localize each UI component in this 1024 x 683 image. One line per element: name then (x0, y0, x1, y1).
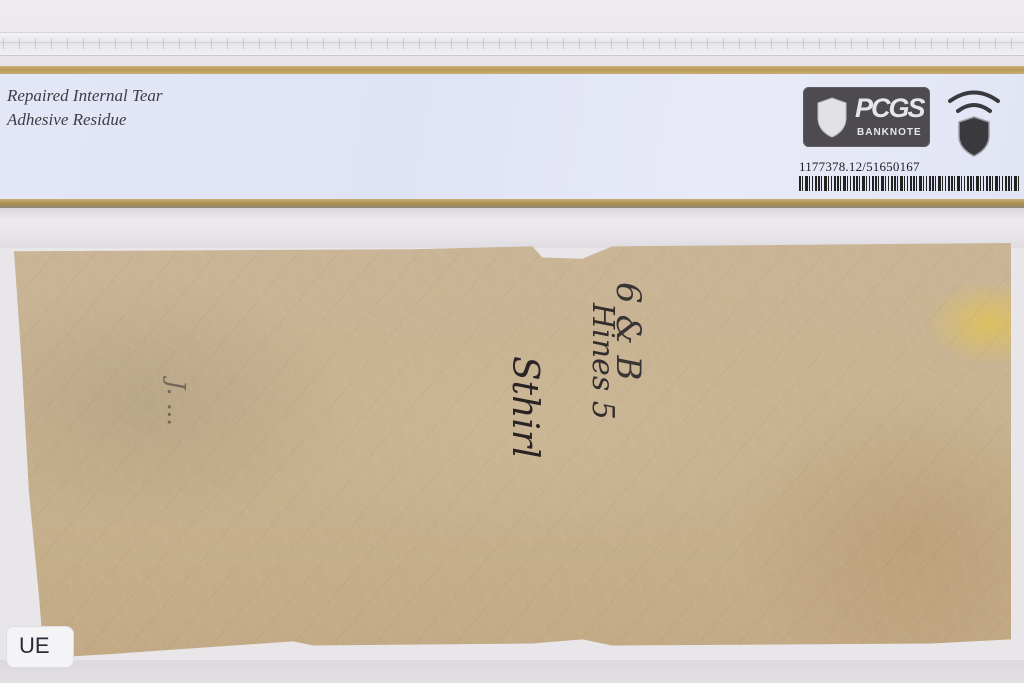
greek-key-border (0, 32, 1024, 56)
holder-bottom-frame (0, 660, 1024, 683)
pcgs-subtitle: BANKNOTE (857, 127, 922, 138)
inventory-sticker: UE (7, 627, 73, 667)
handwriting-hines: Hines 5 (585, 303, 620, 420)
note-repaired-tear: Repaired Internal Tear (7, 84, 163, 108)
nfc-shield-icon (945, 86, 1003, 158)
holder-inner-frame (0, 208, 1024, 248)
note-adhesive-residue: Adhesive Residue (7, 108, 163, 132)
gold-trim-top (0, 66, 1024, 74)
pcgs-wordmark: PCGS (855, 93, 924, 124)
label-notes: Repaired Internal Tear Adhesive Residue (7, 84, 163, 132)
pcgs-shield-icon (815, 96, 849, 138)
cert-number: 1177378.12/51650167 (799, 159, 920, 175)
handwriting-faded: J. ... (162, 380, 190, 426)
pcgs-logo: PCGS BANKNOTE (803, 87, 930, 147)
sticker-text: UE (19, 633, 50, 659)
barcode (799, 176, 1019, 191)
handwriting-signature: Sthirl (504, 356, 545, 459)
gold-trim-bottom (0, 199, 1024, 208)
